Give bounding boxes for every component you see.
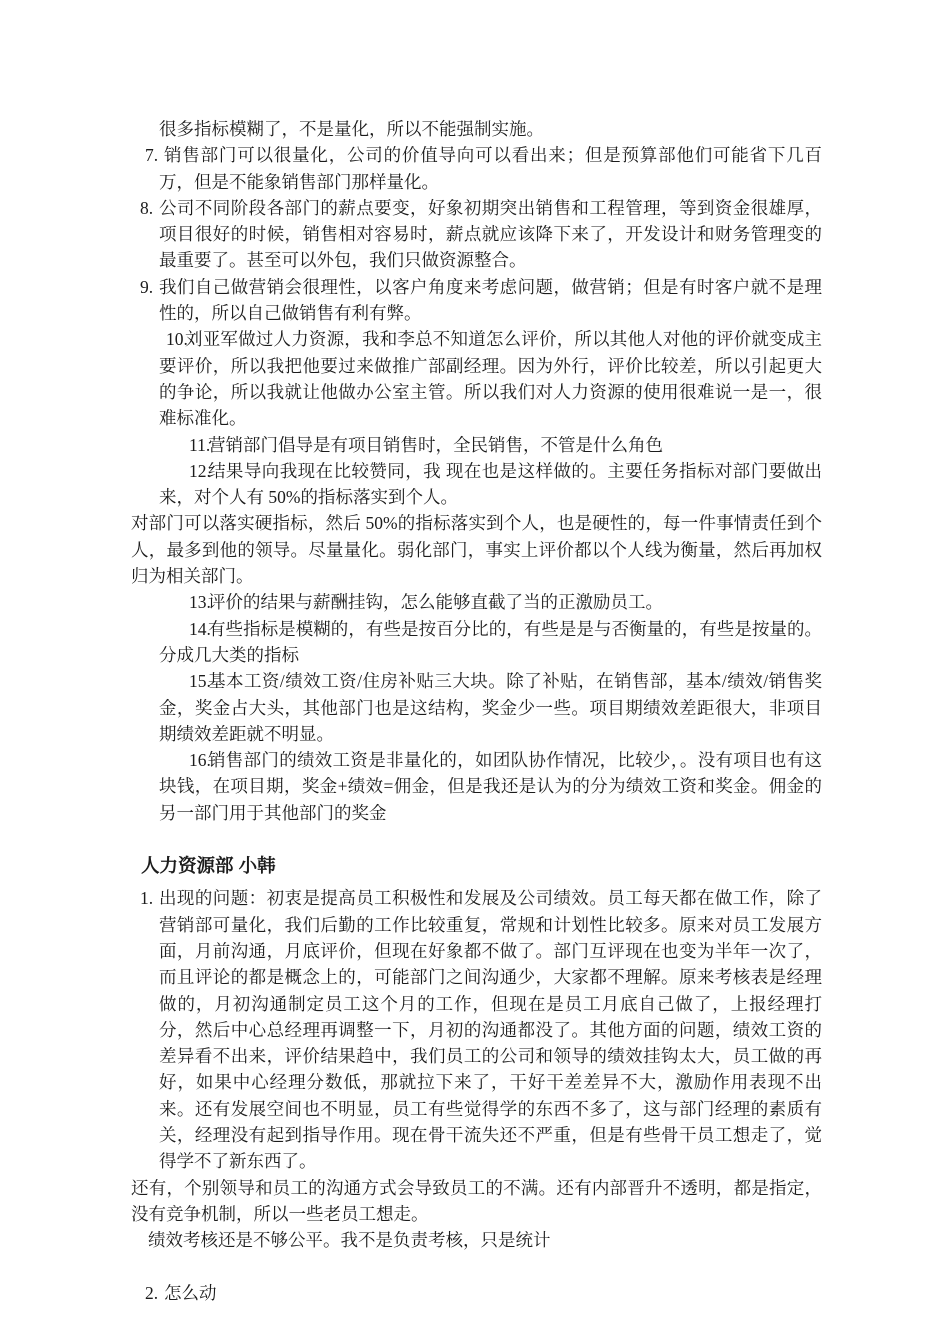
list-item-7: 7. 销售部门可以很量化，公司的价值导向可以看出来；但是预算部他们可能省下几百万… — [131, 142, 822, 195]
item-text: 我们自己做营销会很理性，以客户角度来考虑问题，做营销；但是有时客户就不是理性的，… — [159, 277, 822, 323]
item-text: 基本工资/绩效工资/住房补贴三大块。除了补贴，在销售部，基本/绩效/销售奖金，奖… — [159, 671, 822, 744]
paragraph-carryover: 很多指标模糊了，不是量化，所以不能强制实施。 — [131, 116, 822, 142]
document-content: 很多指标模糊了，不是量化，所以不能强制实施。 7. 销售部门可以很量化，公司的价… — [131, 116, 822, 1307]
item-number: 16. — [140, 747, 211, 773]
item-number: 15. — [140, 668, 211, 694]
item-number: 11. — [140, 432, 210, 458]
list-item-8: 8. 公司不同阶段各部门的薪点要变，好象初期突出销售和工程管理，等到资金很雄厚，… — [131, 195, 822, 274]
item-text: 有些指标是模糊的，有些是按百分比的，有些是是与否衡量的，有些是按量的。分成几大类… — [159, 619, 822, 665]
item-number: 1. — [140, 885, 153, 911]
item-text: 结果导向我现在比较赞同，我 现在也是这样做的。主要任务指标对部门要做出来，对个人… — [159, 461, 822, 507]
hr-list-item-1: 1. 出现的问题：初衷是提高员工积极性和发展及公司绩效。员工每天都在做工作，除了… — [131, 885, 822, 1174]
list-item-16: 16. 销售部门的绩效工资是非量化的，如团队协作情况，比较少，。没有项目也有这块… — [131, 747, 822, 826]
list-item-15: 15. 基本工资/绩效工资/住房补贴三大块。除了补贴，在销售部，基本/绩效/销售… — [131, 668, 822, 747]
item-text: 销售部门的绩效工资是非量化的，如团队协作情况，比较少，。没有项目也有这块钱，在项… — [159, 750, 822, 823]
paragraph-text: 还有，个别领导和员工的沟通方式会导致员工的不满。还有内部晋升不透明，都是指定，没… — [131, 1178, 822, 1224]
list-item-13: 13. 评价的结果与薪酬挂钩，怎么能够直截了当的正激励员工。 — [131, 589, 822, 615]
list-item-14: 14. 有些指标是模糊的，有些是按百分比的，有些是是与否衡量的，有些是按量的。分… — [131, 616, 822, 669]
item-text: 销售部门可以很量化，公司的价值导向可以看出来；但是预算部他们可能省下几百万，但是… — [159, 145, 822, 191]
item-number: 7. — [140, 142, 158, 168]
item-number: 14. — [140, 616, 211, 642]
item-number: 8. — [140, 195, 153, 221]
paragraph-fairness: 绩效考核还是不够公平。我不是负责考核，只是统计 — [131, 1227, 822, 1253]
paragraph-text: 对部门可以落实硬指标，然后 50%的指标落实到个人，也是硬性的，每一件事情责任到… — [131, 513, 822, 586]
paragraph-departments: 对部门可以落实硬指标，然后 50%的指标落实到个人，也是硬性的，每一件事情责任到… — [131, 510, 822, 589]
item-text: 出现的问题：初衷是提高员工积极性和发展及公司绩效。员工每天都在做工作，除了营销部… — [159, 888, 822, 1171]
item-number: 12. — [140, 458, 211, 484]
paragraph-complaints: 还有，个别领导和员工的沟通方式会导致员工的不满。还有内部晋升不透明，都是指定，没… — [131, 1175, 822, 1228]
document-page: 很多指标模糊了，不是量化，所以不能强制实施。 7. 销售部门可以很量化，公司的价… — [0, 0, 950, 1344]
hr-list-item-2: 2. 怎么动 — [131, 1280, 822, 1306]
item-number: 2. — [140, 1280, 158, 1306]
item-text: 评价的结果与薪酬挂钩，怎么能够直截了当的正激励员工。 — [208, 592, 663, 612]
paragraph-text: 很多指标模糊了，不是量化，所以不能强制实施。 — [159, 119, 544, 139]
list-item-10: 10. 刘亚军做过人力资源，我和李总不知道怎么评价，所以其他人对他的评价就变成主… — [131, 326, 822, 431]
item-number: 9. — [140, 274, 153, 300]
paragraph-text: 绩效考核还是不够公平。我不是负责考核，只是统计 — [148, 1230, 551, 1250]
item-number: 13. — [140, 589, 211, 615]
list-item-12: 12. 结果导向我现在比较赞同，我 现在也是这样做的。主要任务指标对部门要做出来… — [131, 458, 822, 511]
item-text: 公司不同阶段各部门的薪点要变，好象初期突出销售和工程管理，等到资金很雄厚，项目很… — [159, 198, 822, 271]
list-item-9: 9. 我们自己做营销会很理性，以客户角度来考虑问题，做营销；但是有时客户就不是理… — [131, 274, 822, 327]
item-text: 怎么动 — [164, 1283, 217, 1303]
item-text: 营销部门倡导是有项目销售时，全民销售，不管是什么角色 — [208, 435, 663, 455]
list-item-11: 11. 营销部门倡导是有项目销售时，全民销售，不管是什么角色 — [131, 432, 822, 458]
item-number: 10. — [140, 326, 188, 352]
section-heading-hr: 人力资源部 小韩 — [131, 853, 822, 879]
item-text: 刘亚军做过人力资源，我和李总不知道怎么评价，所以其他人对他的评价就变成主要评价，… — [159, 329, 822, 428]
